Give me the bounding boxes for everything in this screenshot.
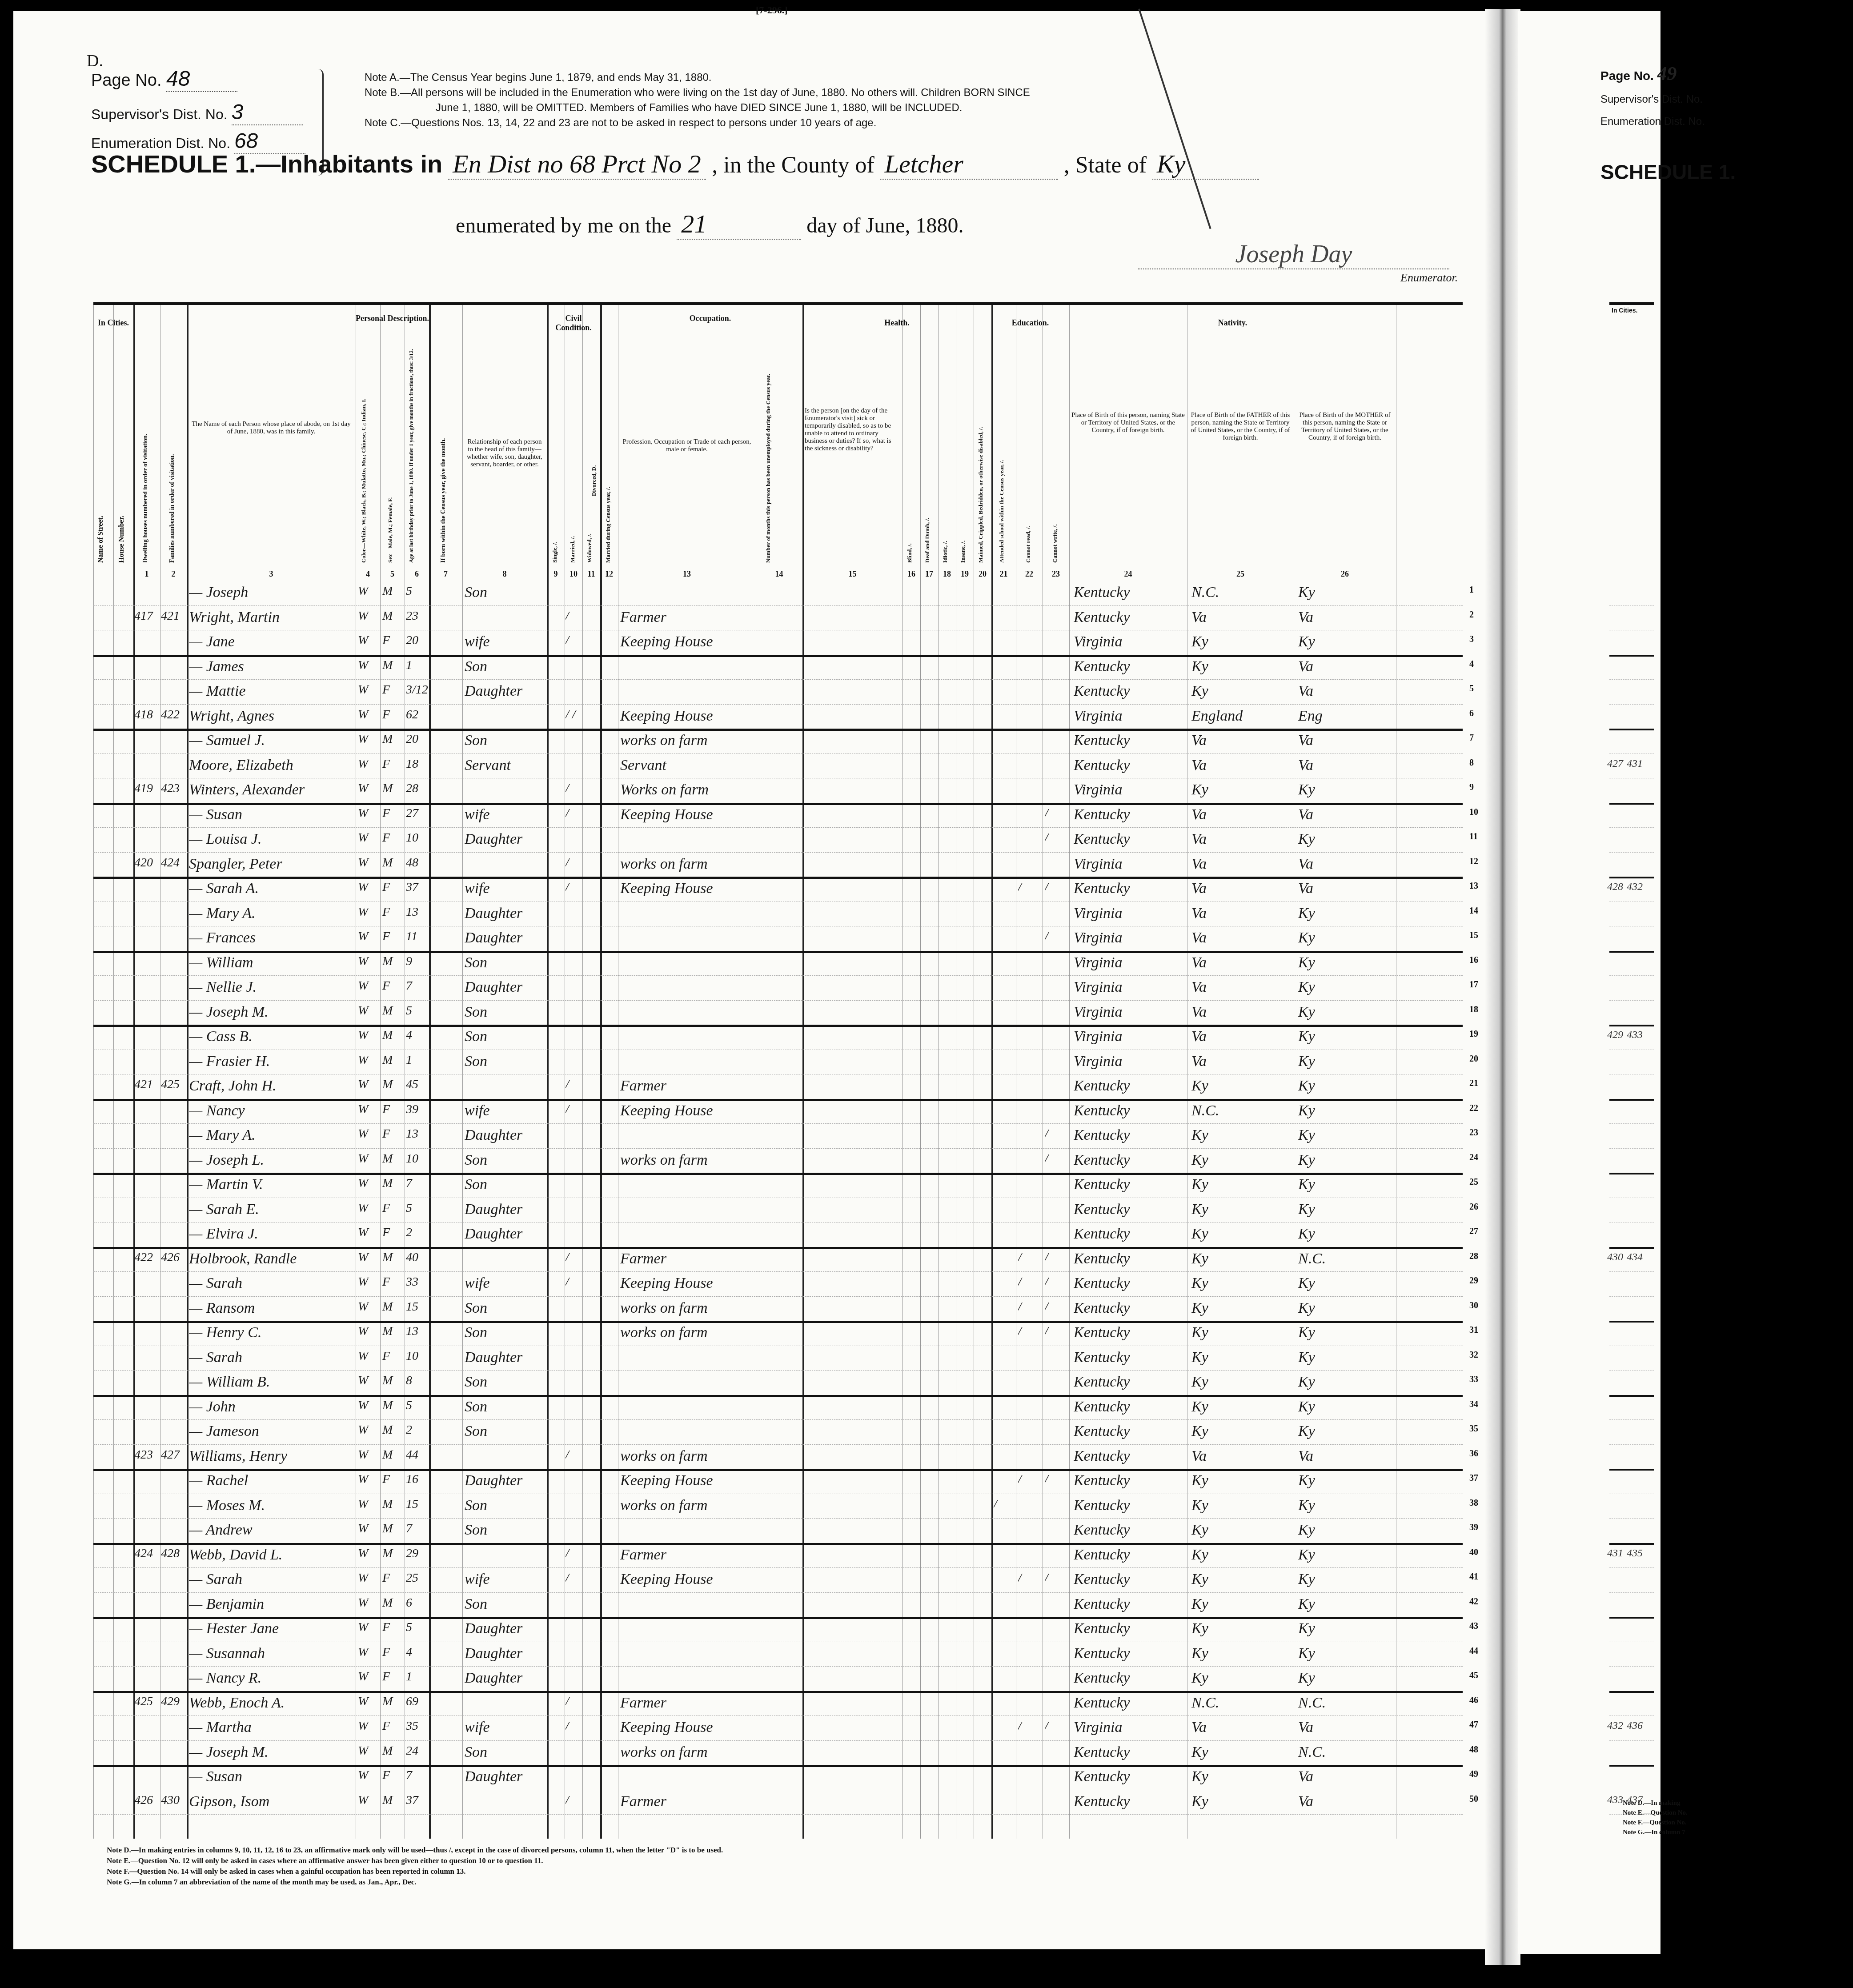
sex: M <box>382 1695 404 1709</box>
mother-birthplace: Va <box>1298 658 1392 675</box>
line-number: 23 <box>1469 1128 1478 1138</box>
table-row: — Nellie J.WF7DaughterVirginiaVaKy17 <box>93 975 1463 1001</box>
colnum-24: 24 <box>1069 569 1187 579</box>
occupation: Keeping House <box>620 708 754 725</box>
relationship: Son <box>465 1300 545 1317</box>
relationship: Daughter <box>465 1620 545 1637</box>
occupation: works on farm <box>620 1497 754 1514</box>
mother-birthplace: Ky <box>1298 1670 1392 1687</box>
line-number: 19 <box>1469 1029 1478 1039</box>
color: W <box>358 1226 379 1240</box>
father-birthplace: Va <box>1191 954 1289 971</box>
line-number: 8 <box>1469 758 1474 768</box>
occupation: Farmer <box>620 1695 754 1711</box>
next-page-row <box>1609 1198 1654 1223</box>
line-number: 6 <box>1469 709 1474 719</box>
line-number: 39 <box>1469 1523 1478 1533</box>
sex: F <box>382 1349 404 1363</box>
line-number: 30 <box>1469 1301 1478 1311</box>
civil-condition: / <box>566 1793 599 1808</box>
next-page-row <box>1609 975 1654 1001</box>
occupation: Farmer <box>620 1078 754 1094</box>
occupation: Keeping House <box>620 1719 754 1736</box>
next-page-row <box>1609 1271 1654 1297</box>
sex: F <box>382 1102 404 1117</box>
age: 37 <box>406 880 428 894</box>
person-name: — Susan <box>189 806 353 823</box>
sex: F <box>382 683 404 697</box>
dwelling-number: 426 <box>134 1793 159 1808</box>
line-number: 5 <box>1469 684 1474 694</box>
cannot-write: / <box>1045 1152 1069 1166</box>
next-page-row <box>1609 1666 1654 1693</box>
person-name: — John <box>189 1399 353 1415</box>
sex: F <box>382 905 404 919</box>
occupation: Farmer <box>620 1251 754 1267</box>
line-number: 21 <box>1469 1078 1478 1089</box>
note-d: Note D.—In making entries in columns 9, … <box>107 1845 723 1856</box>
dwelling-number: 425 <box>134 1695 159 1709</box>
color: W <box>358 1768 379 1783</box>
birthplace: Kentucky <box>1074 831 1185 848</box>
next-page-row <box>1609 754 1654 779</box>
mother-birthplace: Va <box>1298 609 1392 626</box>
line-number: 9 <box>1469 782 1474 793</box>
dwelling-number: 419 <box>134 782 159 796</box>
table-row: — Sarah E.WF5DaughterKentuckyKyKy26 <box>93 1198 1463 1223</box>
person-name: — Mary A. <box>189 905 353 922</box>
header-col6: Age at last birthday prior to June 1, 18… <box>408 332 426 563</box>
table-row: 418422Wright, AgnesWF62/ /Keeping HouseV… <box>93 704 1463 731</box>
age: 5 <box>406 1620 428 1635</box>
table-row: — Samuel J.WM20Sonworks on farmKentuckyV… <box>93 729 1463 754</box>
next-page-row <box>1609 1173 1654 1198</box>
line-number: 31 <box>1469 1325 1478 1335</box>
mother-birthplace: Ky <box>1298 1596 1392 1613</box>
next-page-row <box>1609 1296 1654 1323</box>
next-page-row <box>1609 1691 1654 1716</box>
sex: M <box>382 954 404 969</box>
father-birthplace: Ky <box>1191 1497 1289 1514</box>
father-birthplace: Ky <box>1191 1547 1289 1563</box>
next-page-row <box>1609 605 1654 631</box>
person-name: — Sarah A. <box>189 880 353 897</box>
schedule-title-line: SCHEDULE 1.—Inhabitants in En Dist no 68… <box>91 149 1259 180</box>
father-birthplace: N.C. <box>1191 1102 1289 1119</box>
table-row: — MattieWF3/12DaughterKentuckyKyVa5 <box>93 679 1463 705</box>
next-page-row <box>1609 1592 1654 1619</box>
birthplace: Virginia <box>1074 979 1185 996</box>
table-row: 417421Wright, MartinWM23/FarmerKentuckyV… <box>93 605 1463 631</box>
form-number: [7-296.] <box>756 4 787 16</box>
table-row: — MarthaWF35wife/Keeping House//Virginia… <box>93 1715 1463 1741</box>
header-col12: Married during Census year, /. <box>605 412 612 563</box>
birthplace: Kentucky <box>1074 1596 1185 1613</box>
colnum-15: 15 <box>802 569 902 579</box>
sex: F <box>382 708 404 722</box>
birthplace: Kentucky <box>1074 1226 1185 1242</box>
civil-condition: / <box>566 880 599 894</box>
table-row: — SarahWF33wife/Keeping House//KentuckyK… <box>93 1271 1463 1297</box>
person-name: Webb, Enoch A. <box>189 1695 353 1711</box>
sex: F <box>382 1127 404 1141</box>
colnum-21: 21 <box>991 569 1016 579</box>
mother-birthplace: N.C. <box>1298 1251 1392 1267</box>
colnum-26: 26 <box>1294 569 1396 579</box>
next-page-row <box>1609 1617 1654 1642</box>
line-number: 14 <box>1469 906 1478 916</box>
next-page-row <box>1609 1074 1654 1101</box>
person-name: — Mary A. <box>189 1127 353 1144</box>
cannot-write: / <box>1045 1324 1069 1339</box>
table-row: — Nancy R.WF1DaughterKentuckyKyKy45 <box>93 1666 1463 1693</box>
father-birthplace: Ky <box>1191 1201 1289 1218</box>
table-row: 421425Craft, John H.WM45/FarmerKentuckyK… <box>93 1074 1463 1101</box>
civil-condition: / <box>566 609 599 623</box>
sex: F <box>382 806 404 821</box>
line-number: 3 <box>1469 634 1474 645</box>
age: 5 <box>406 1201 428 1215</box>
person-name: — Samuel J. <box>189 732 353 749</box>
line-number: 22 <box>1469 1103 1478 1114</box>
color: W <box>358 1472 379 1487</box>
sex: M <box>382 1078 404 1092</box>
next-page-no-label: Page No. <box>1600 69 1654 83</box>
person-name: — Nancy R. <box>189 1670 353 1687</box>
page-no-value: 48 <box>166 67 237 92</box>
header-col10: Married, /. <box>569 501 576 563</box>
sex: M <box>382 1793 404 1808</box>
table-row: — Joseph L.WM10Sonworks on farm/Kentucky… <box>93 1148 1463 1175</box>
sex: F <box>382 1571 404 1585</box>
sex: F <box>382 930 404 944</box>
next-page-row <box>1609 1642 1654 1667</box>
color: W <box>358 1497 379 1511</box>
family-number: 424 <box>161 856 185 870</box>
next-page-row <box>1609 1222 1654 1249</box>
sex: M <box>382 1374 404 1388</box>
table-row: — JamesWM1SonKentuckyKyVa4 <box>93 655 1463 680</box>
birthplace: Kentucky <box>1074 1670 1185 1687</box>
color: W <box>358 880 379 894</box>
table-row: — JamesonWM2SonKentuckyKyKy35 <box>93 1419 1463 1445</box>
family-number: 429 <box>161 1695 185 1709</box>
relationship: Daughter <box>465 683 545 700</box>
relationship: Daughter <box>465 1768 545 1785</box>
age: 13 <box>406 1324 428 1339</box>
table-row: — AndrewWM7SonKentuckyKyKy39 <box>93 1518 1463 1545</box>
sex: M <box>382 1152 404 1166</box>
header-col19: Insane, /. <box>959 509 967 563</box>
line-number: 34 <box>1469 1399 1478 1410</box>
age: 35 <box>406 1719 428 1733</box>
person-name: — Nancy <box>189 1102 353 1119</box>
person-name: — Henry C. <box>189 1324 353 1341</box>
person-name: — Jameson <box>189 1423 353 1440</box>
line-number: 42 <box>1469 1597 1478 1607</box>
sex: F <box>382 1768 404 1783</box>
color: W <box>358 1176 379 1190</box>
relationship: Daughter <box>465 1349 545 1366</box>
civil-condition: / <box>566 1251 599 1265</box>
birthplace: Kentucky <box>1074 806 1185 823</box>
header-nativity: Nativity. <box>1069 318 1396 328</box>
father-birthplace: Va <box>1191 880 1289 897</box>
civil-condition: / <box>566 1571 599 1585</box>
mother-birthplace: Ky <box>1298 1300 1392 1317</box>
sex: M <box>382 1324 404 1339</box>
sex: F <box>382 1719 404 1733</box>
relationship: wife <box>465 1275 545 1292</box>
father-birthplace: Ky <box>1191 1226 1289 1242</box>
age: 45 <box>406 1078 428 1092</box>
sex: M <box>382 782 404 796</box>
colnum-20: 20 <box>974 569 991 579</box>
mother-birthplace: Ky <box>1298 1472 1392 1489</box>
header-col7: If born within the Census year, give the… <box>440 345 447 563</box>
cannot-read: / <box>1018 1324 1043 1339</box>
sex: M <box>382 1028 404 1042</box>
dwelling-number: 418 <box>134 708 159 722</box>
relationship: Daughter <box>465 1670 545 1687</box>
dwelling-number: 423 <box>134 1448 159 1462</box>
father-birthplace: Ky <box>1191 1620 1289 1637</box>
civil-condition: / <box>566 1448 599 1462</box>
color: W <box>358 708 379 722</box>
civil-condition: / <box>566 806 599 821</box>
sex: M <box>382 1300 404 1314</box>
mother-birthplace: N.C. <box>1298 1695 1392 1711</box>
mother-birthplace: N.C. <box>1298 1744 1392 1761</box>
line-number: 20 <box>1469 1054 1478 1064</box>
civil-condition: / <box>566 633 599 648</box>
next-schedule-label: SCHEDULE 1. <box>1600 160 1736 184</box>
next-page-number: Page No. 49 <box>1600 62 1677 85</box>
supervisor-label: Supervisor's Dist. No. <box>91 106 228 122</box>
line-number: 29 <box>1469 1276 1478 1286</box>
birthplace: Kentucky <box>1074 880 1185 897</box>
father-birthplace: N.C. <box>1191 584 1289 601</box>
next-page-row <box>1609 803 1654 828</box>
mother-birthplace: Ky <box>1298 782 1392 798</box>
line-number: 2 <box>1469 610 1474 620</box>
line-number: 43 <box>1469 1621 1478 1631</box>
line-number: 4 <box>1469 659 1474 669</box>
occupation: works on farm <box>620 732 754 749</box>
occupation: Works on farm <box>620 782 754 798</box>
note-e: Note E.—Question No. 12 will only be ask… <box>107 1856 723 1866</box>
age: 27 <box>406 806 428 821</box>
birthplace: Kentucky <box>1074 1102 1185 1119</box>
header-col21: Attended school within the Census year, … <box>998 363 1005 563</box>
civil-condition: / <box>566 1547 599 1561</box>
sex: M <box>382 609 404 623</box>
relationship: Daughter <box>465 979 545 996</box>
color: W <box>358 757 379 771</box>
color: W <box>358 905 379 919</box>
birthplace: Kentucky <box>1074 732 1185 749</box>
age: 7 <box>406 1768 428 1783</box>
sex: F <box>382 1201 404 1215</box>
age: 44 <box>406 1448 428 1462</box>
header-street: Name of Street. <box>97 452 105 563</box>
sex: M <box>382 1596 404 1610</box>
family-number: 422 <box>161 708 185 722</box>
birthplace: Kentucky <box>1074 658 1185 675</box>
next-page-row <box>1609 902 1654 927</box>
age: 2 <box>406 1226 428 1240</box>
occupation: works on farm <box>620 1324 754 1341</box>
table-row: — Hester JaneWF5DaughterKentuckyKyKy43 <box>93 1617 1463 1642</box>
header-col15: Is the person [on the day of the Enumera… <box>805 407 898 453</box>
color: W <box>358 609 379 623</box>
cannot-read: / <box>1018 1719 1043 1733</box>
next-page-row <box>1609 1567 1654 1593</box>
table-row: — SusanWF7DaughterKentuckyKyVa49 <box>93 1765 1463 1790</box>
birthplace: Kentucky <box>1074 609 1185 626</box>
relationship: Daughter <box>465 905 545 922</box>
next-page-row <box>1609 1099 1654 1124</box>
header-col11: Widowed, /. <box>586 501 593 563</box>
color: W <box>358 1201 379 1215</box>
color: W <box>358 1078 379 1092</box>
occupation: Servant <box>620 757 754 774</box>
person-name: — Sarah <box>189 1571 353 1588</box>
next-page-row <box>1609 729 1654 754</box>
date-suffix: day of June, 1880. <box>806 214 963 237</box>
age: 7 <box>406 1522 428 1536</box>
person-name: — James <box>189 658 353 675</box>
age: 20 <box>406 732 428 746</box>
color: W <box>358 1251 379 1265</box>
family-number: 421 <box>161 609 185 623</box>
mother-birthplace: Va <box>1298 683 1392 700</box>
table-row: — Elvira J.WF2DaughterKentuckyKyKy27 <box>93 1222 1463 1249</box>
line-number: 28 <box>1469 1251 1478 1262</box>
enumerated-label: enumerated by me on the <box>456 214 671 237</box>
mother-birthplace: Ky <box>1298 831 1392 848</box>
relationship: Son <box>465 1176 545 1193</box>
father-birthplace: Ky <box>1191 1472 1289 1489</box>
next-page-row <box>1609 1148 1654 1175</box>
person-name: — Mattie <box>189 683 353 700</box>
age: 69 <box>406 1695 428 1709</box>
birthplace: Kentucky <box>1074 1744 1185 1761</box>
relationship: Servant <box>465 757 545 774</box>
mother-birthplace: Ky <box>1298 1078 1392 1094</box>
sex: F <box>382 1472 404 1487</box>
next-page-row <box>1609 704 1654 731</box>
relationship: Son <box>465 1053 545 1070</box>
next-page-row <box>1609 827 1654 853</box>
birthplace: Kentucky <box>1074 1399 1185 1415</box>
color: W <box>358 1349 379 1363</box>
attended-school: / <box>994 1497 1016 1511</box>
family-number: 425 <box>161 1078 185 1092</box>
age: 4 <box>406 1645 428 1659</box>
father-birthplace: Va <box>1191 806 1289 823</box>
person-name: Winters, Alexander <box>189 782 353 798</box>
table-row: — SusanWF27wife/Keeping House/KentuckyVa… <box>93 803 1463 828</box>
age: 37 <box>406 1793 428 1808</box>
color: W <box>358 658 379 673</box>
next-note-f: Note F.—Question No. <box>1623 1818 1688 1828</box>
person-name: — Martin V. <box>189 1176 353 1193</box>
mother-birthplace: Ky <box>1298 1127 1392 1144</box>
cannot-write: / <box>1045 930 1069 944</box>
cannot-write: / <box>1045 1300 1069 1314</box>
relationship: Son <box>465 1423 545 1440</box>
next-note-g: Note G.—In column 7 <box>1623 1828 1688 1837</box>
person-name: — William B. <box>189 1374 353 1391</box>
age: 5 <box>406 1399 428 1413</box>
color: W <box>358 1719 379 1733</box>
father-birthplace: Va <box>1191 1053 1289 1070</box>
person-name: — Joseph M. <box>189 1744 353 1761</box>
next-page-row <box>1609 1494 1654 1519</box>
color: W <box>358 856 379 870</box>
age: 16 <box>406 1472 428 1487</box>
age: 13 <box>406 905 428 919</box>
header-col18: Idiotic, /. <box>942 509 949 563</box>
table-row: — Louisa J.WF10Daughter/KentuckyVaKy11 <box>93 827 1463 853</box>
age: 8 <box>406 1374 428 1388</box>
line-number: 40 <box>1469 1547 1478 1558</box>
next-page-row <box>1609 581 1654 606</box>
table-row: 422426Holbrook, RandleWM40/Farmer//Kentu… <box>93 1247 1463 1272</box>
day-value: 21 <box>677 209 801 240</box>
sex: F <box>382 831 404 845</box>
cannot-read: / <box>1018 1251 1043 1265</box>
color: W <box>358 1324 379 1339</box>
birthplace: Virginia <box>1074 930 1185 946</box>
birthplace: Kentucky <box>1074 683 1185 700</box>
colnum-4: 4 <box>356 569 380 579</box>
next-page-row <box>1609 1346 1654 1371</box>
person-name: — Joseph M. <box>189 1004 353 1021</box>
person-name: Gipson, Isom <box>189 1793 353 1810</box>
relationship: wife <box>465 1571 545 1588</box>
table-row: 420424Spangler, PeterWM48/works on farmV… <box>93 852 1463 879</box>
relationship: wife <box>465 633 545 650</box>
table-row: — Martin V.WM7SonKentuckyKyKy25 <box>93 1173 1463 1198</box>
table-row: — William B.WM8SonKentuckyKyKy33 <box>93 1370 1463 1397</box>
age: 20 <box>406 633 428 648</box>
relationship: wife <box>465 880 545 897</box>
birthplace: Kentucky <box>1074 1695 1185 1711</box>
next-page-row <box>1609 1370 1654 1397</box>
mother-birthplace: Va <box>1298 1768 1392 1785</box>
mother-birthplace: Va <box>1298 732 1392 749</box>
color: W <box>358 1793 379 1808</box>
birthplace: Kentucky <box>1074 1078 1185 1094</box>
colnum-19: 19 <box>956 569 974 579</box>
age: 10 <box>406 831 428 845</box>
father-birthplace: Ky <box>1191 633 1289 650</box>
age: 3/12 <box>406 683 428 697</box>
father-birthplace: Ky <box>1191 658 1289 675</box>
next-page-row <box>1609 852 1654 879</box>
table-row: — SarahWF10DaughterKentuckyKyKy32 <box>93 1346 1463 1371</box>
father-birthplace: Va <box>1191 1448 1289 1465</box>
cannot-write: / <box>1045 1571 1069 1585</box>
age: 48 <box>406 856 428 870</box>
father-birthplace: Ky <box>1191 1300 1289 1317</box>
age: 39 <box>406 1102 428 1117</box>
table-row: — FrancesWF11Daughter/VirginiaVaKy15 <box>93 926 1463 953</box>
line-number: 46 <box>1469 1695 1478 1706</box>
color: W <box>358 1596 379 1610</box>
